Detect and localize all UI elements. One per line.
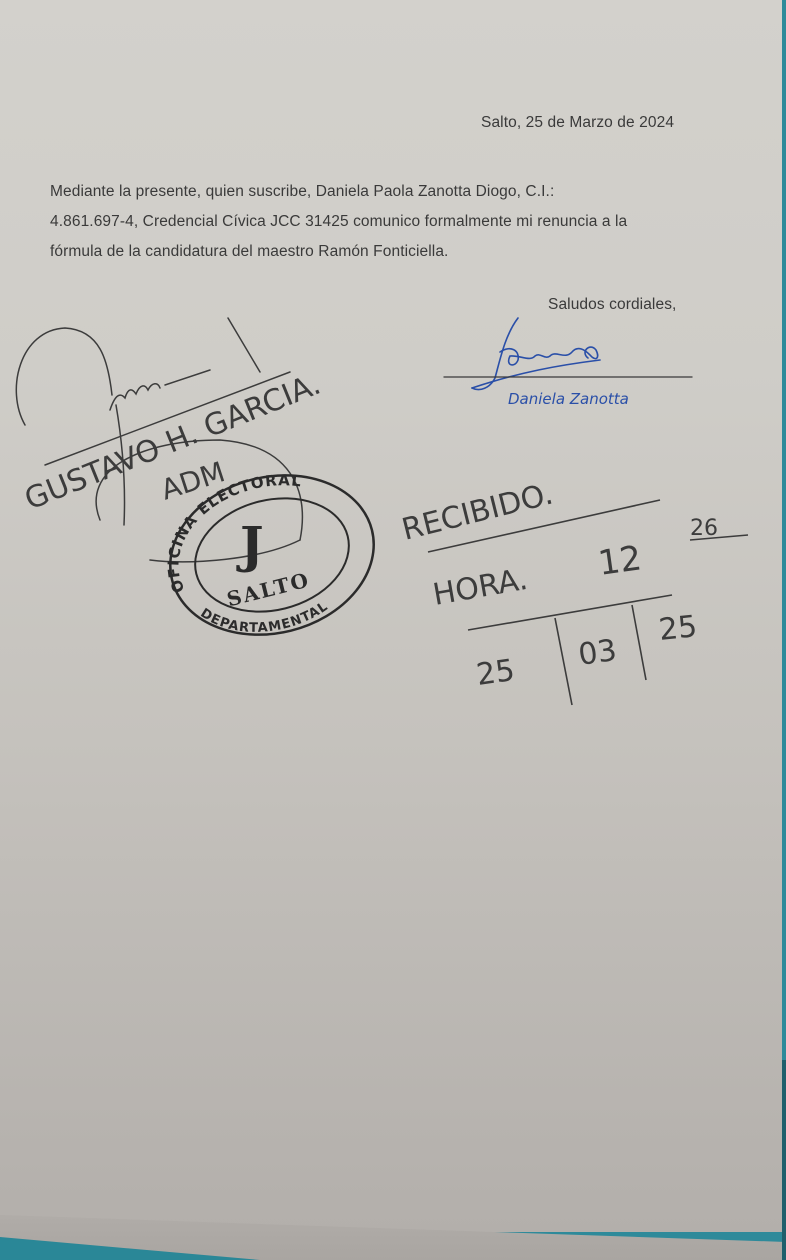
receiver-name-handwritten: GUSTAVO H. GARCIA. ADM xyxy=(20,367,326,518)
received-label: RECIBIDO. xyxy=(398,477,556,548)
handwritten-annotations: Daniela Zanotta GUSTAVO H. GARCIA. ADM O… xyxy=(0,0,786,1260)
received-month: 03 xyxy=(576,633,619,673)
received-note: RECIBIDO. HORA. 12 26 25 03 25 xyxy=(398,477,748,705)
hour-label: HORA. xyxy=(430,562,530,613)
hour-value: 12 xyxy=(596,538,644,584)
svg-text:DEPARTAMENTAL: DEPARTAMENTAL xyxy=(198,599,332,636)
stamp-letter: J xyxy=(236,515,264,574)
received-day: 25 xyxy=(474,653,517,693)
stamp-bottom-text: DEPARTAMENTAL xyxy=(198,599,332,636)
signature-printed-name: Daniela Zanotta xyxy=(508,390,629,408)
signature-zanotta xyxy=(444,318,692,390)
received-year: 25 xyxy=(657,609,699,648)
